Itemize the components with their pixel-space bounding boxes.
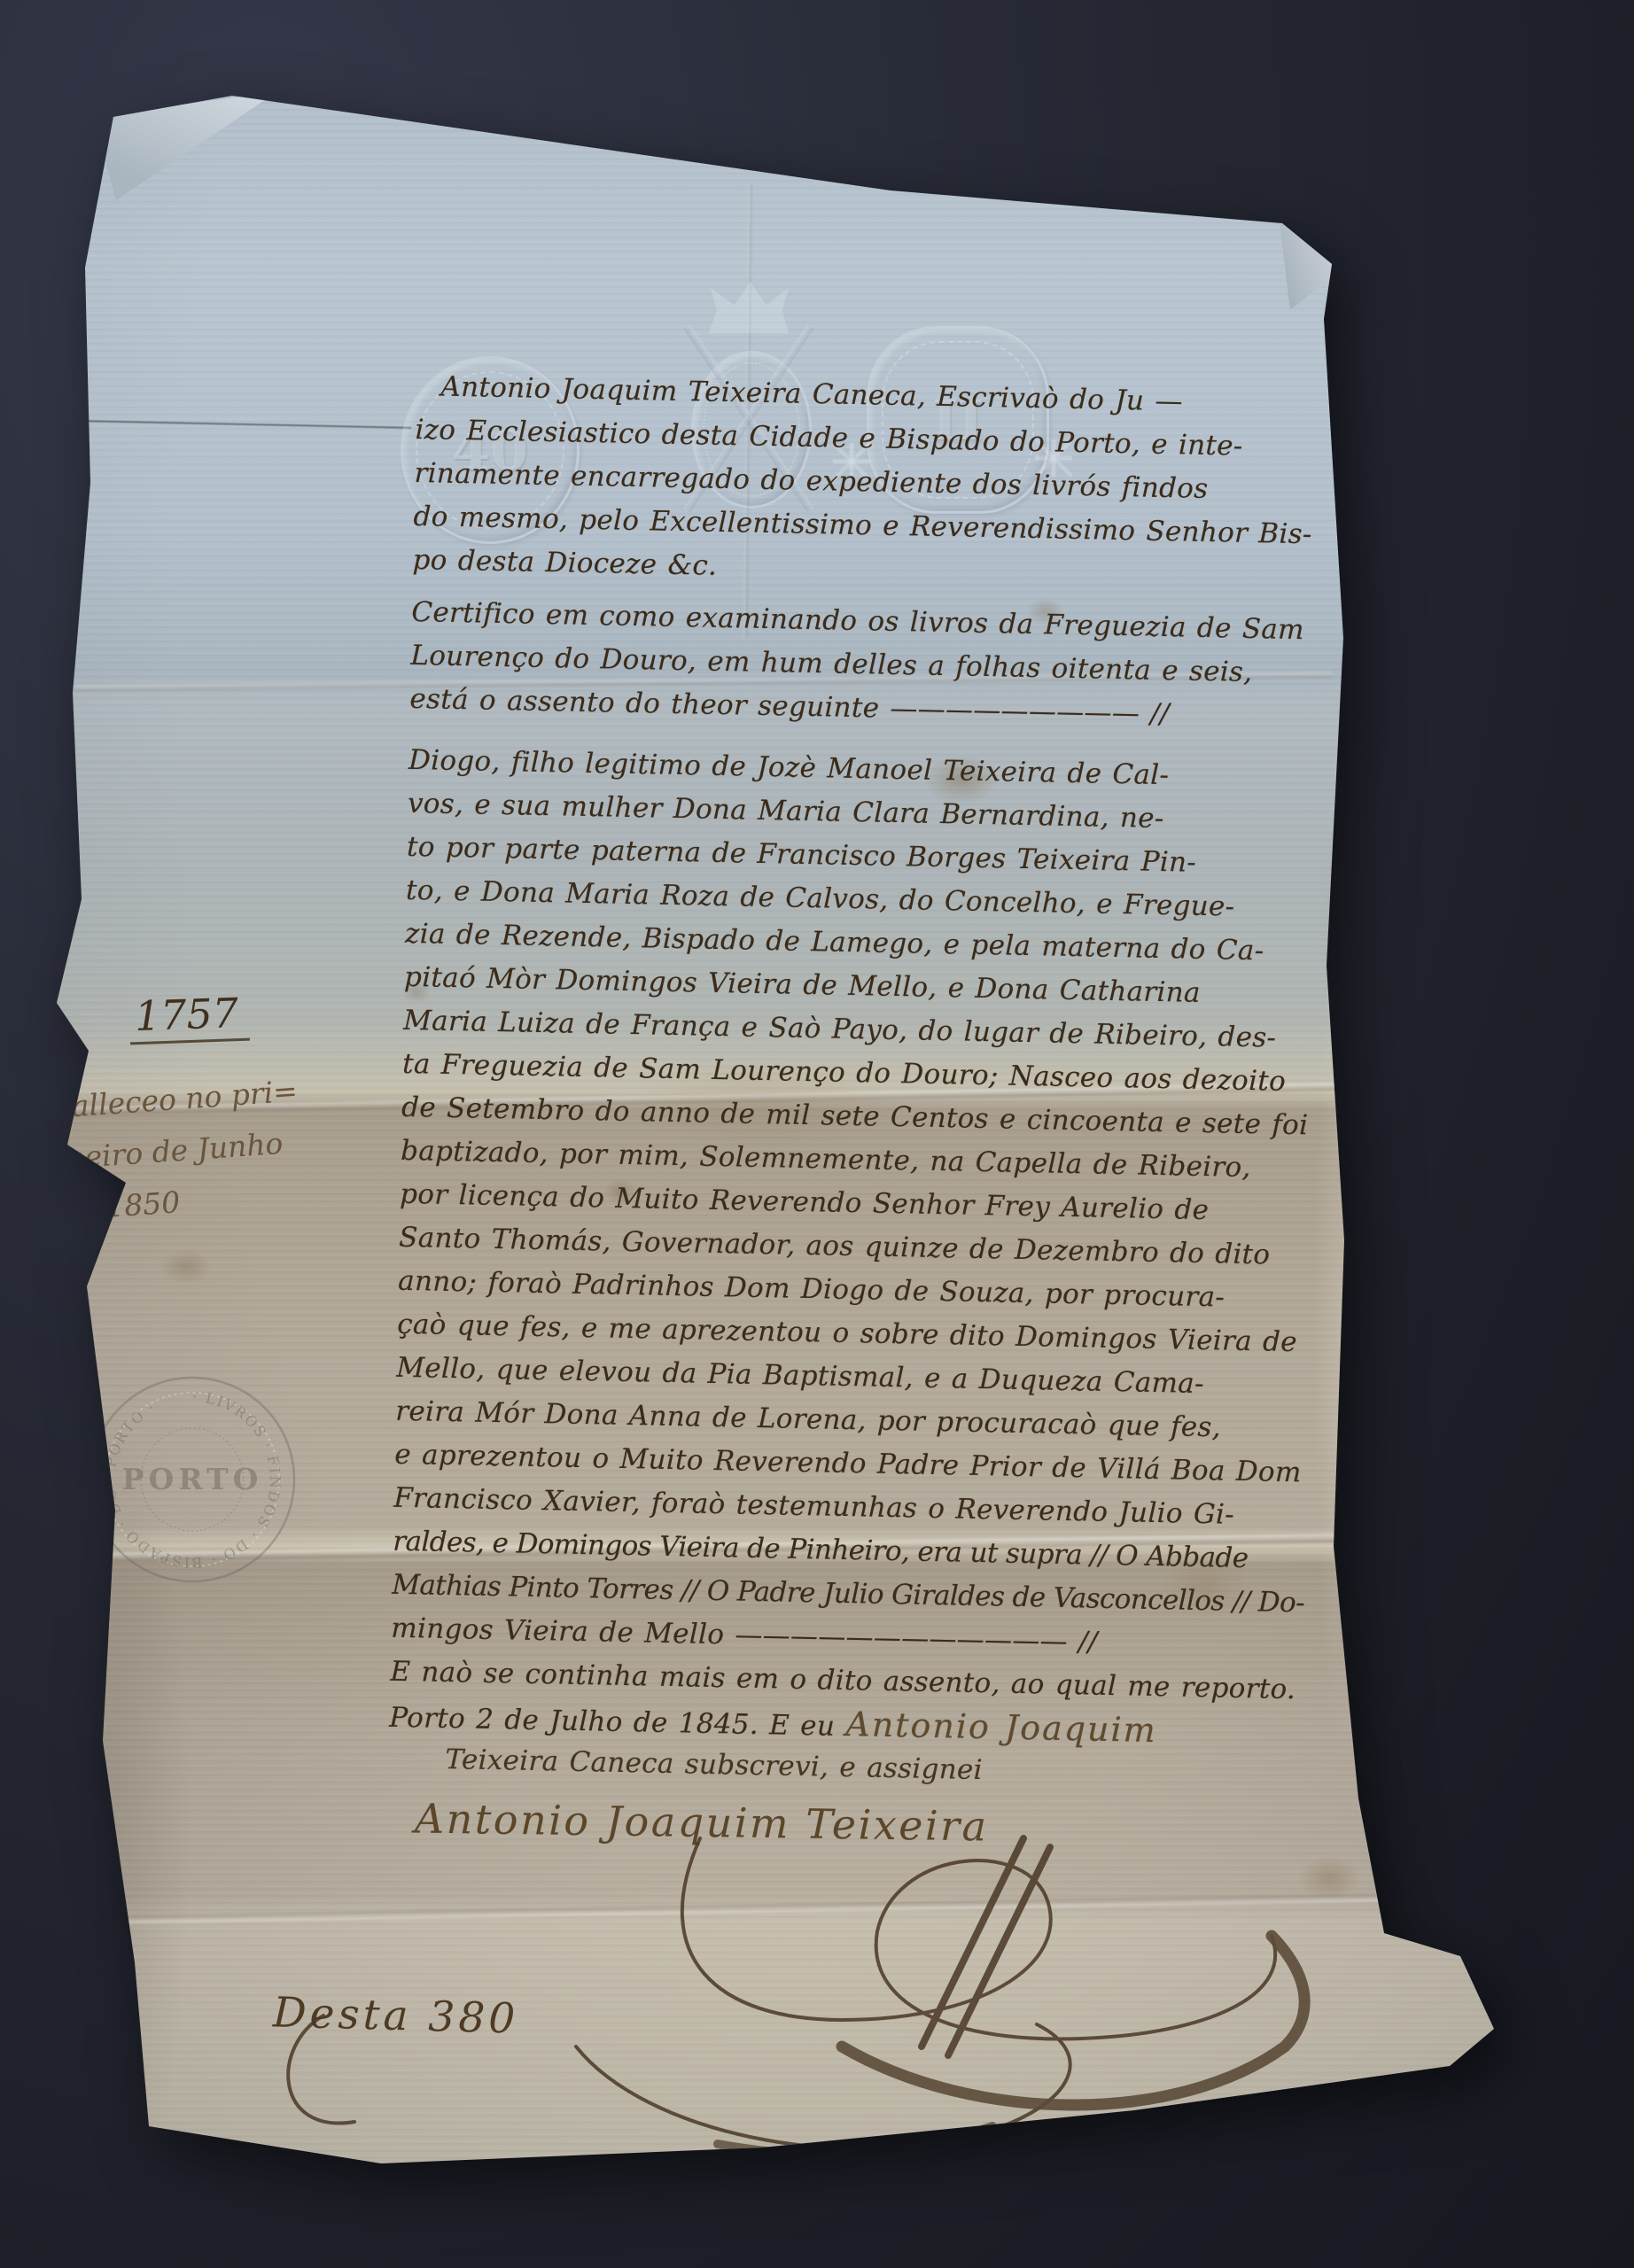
margin-year-note: 1757 <box>128 989 250 1045</box>
certificate-text-body: Antonio Joaquim Teixeira Caneca, Escriva… <box>388 365 1267 1798</box>
manuscript-paper: 40 II · LIVROS · FINDOS · DO · BISPADO ·… <box>0 0 1634 2268</box>
margin-death-note: Falleceo no pri= meiro de Junho de 1850 <box>51 1066 307 1237</box>
crown-icon <box>709 282 789 333</box>
date-line-text: Porto 2 de Julho de 1845. E eu <box>389 1702 846 1743</box>
embossed-seal-porto: · LIVROS · FINDOS · DO · BISPADO · DO · … <box>84 1363 306 1597</box>
signature-flourish <box>222 1754 1329 2197</box>
date-line-signature-start: Antonio Joaquim <box>845 1705 1157 1750</box>
photo-of-document: 40 II · LIVROS · FINDOS · DO · BISPADO ·… <box>0 0 1634 2268</box>
seal-center-text: PORTO <box>122 1462 263 1496</box>
